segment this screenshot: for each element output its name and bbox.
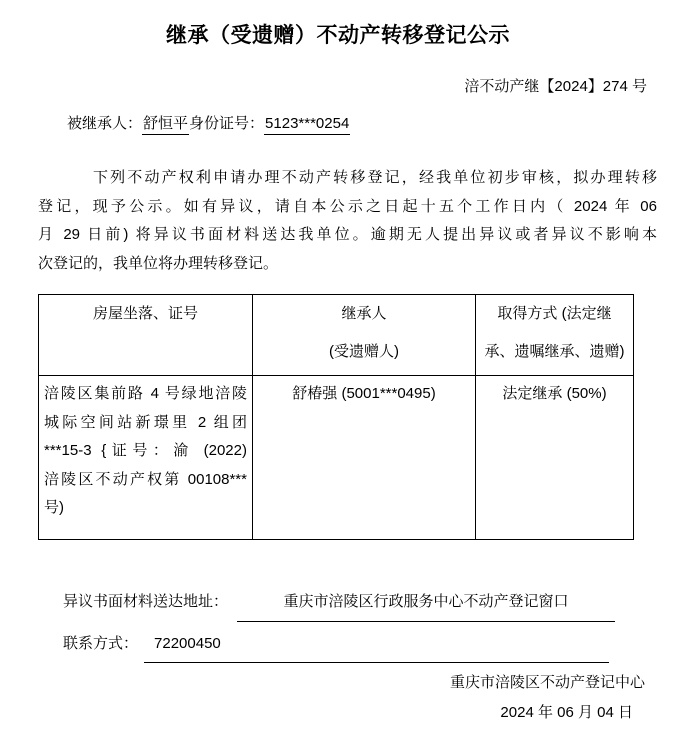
table-row: 涪陵区集前路 4 号绿地涪陵 城际空间站新璟里 2 组团 ***15-3 {证号… <box>39 376 634 540</box>
doc-number: 涪不动产继【2024】274 号 <box>464 73 647 101</box>
notice-paragraph: 下列不动产权利申请办理不动产转移登记，经我单位初步审核，拟办理转移 登记，现予公… <box>38 164 657 278</box>
registry-table: 房屋坐落、证号 继承人 (受遗赠人) 取得方式 (法定继 承、遗嘱继承、遗赠) … <box>38 294 634 540</box>
publish-date: 2024 年 06 月 04 日 <box>500 699 633 728</box>
cell-heir: 舒椿强 (5001***0495) <box>253 376 476 540</box>
cell-property: 涪陵区集前路 4 号绿地涪陵 城际空间站新璟里 2 组团 ***15-3 {证号… <box>39 376 253 540</box>
address-label: 异议书面材料送达地址： <box>63 593 228 610</box>
property-line: ***15-3 {证号：渝 (2022) <box>44 437 247 466</box>
decedent-name: 舒恒平 <box>142 115 189 135</box>
decedent-label: 被继承人： <box>67 115 142 132</box>
notice-line: 月 29 日前) 将异议书面材料送达我单位。逾期无人提出异议或者异议不影响本 <box>38 221 657 250</box>
header-heir-line2: (受遗赠人) <box>253 333 475 371</box>
header-method-line1: 取得方式 (法定继 <box>476 295 633 333</box>
id-number: 5123***0254 <box>264 115 350 135</box>
property-line: 城际空间站新璟里 2 组团 <box>44 409 247 438</box>
header-property: 房屋坐落、证号 <box>39 295 253 376</box>
property-line: 号) <box>44 494 247 523</box>
table-header-row: 房屋坐落、证号 继承人 (受遗赠人) 取得方式 (法定继 承、遗嘱继承、遗赠) <box>39 295 634 376</box>
notice-line: 登记，现予公示。如有异议，请自本公示之日起十五个工作日内（ 2024 年 06 <box>38 193 657 222</box>
decedent-line: 被继承人：舒恒平身份证号：5123***0254 <box>67 110 350 138</box>
property-line: 涪陵区集前路 4 号绿地涪陵 <box>44 380 247 409</box>
id-label: 身份证号： <box>189 115 264 132</box>
header-heir: 继承人 (受遗赠人) <box>253 295 476 376</box>
page-title: 继承（受遗赠）不动产转移登记公示 <box>0 21 676 51</box>
contact-value: 72200450 <box>144 630 609 663</box>
cell-method: 法定继承 (50%) <box>476 376 634 540</box>
header-heir-line1: 继承人 <box>253 295 475 333</box>
contact-line: 联系方式：72200450 <box>63 630 609 663</box>
org-name: 重庆市涪陵区不动产登记中心 <box>450 669 645 698</box>
address-value: 重庆市涪陵区行政服务中心不动产登记窗口 <box>237 588 615 622</box>
notice-line: 下列不动产权利申请办理不动产转移登记，经我单位初步审核，拟办理转移 <box>38 164 657 193</box>
header-property-label: 房屋坐落、证号 <box>39 295 252 333</box>
header-method: 取得方式 (法定继 承、遗嘱继承、遗赠) <box>476 295 634 376</box>
property-line: 涪陵区不动产权第 00108*** <box>44 466 247 495</box>
contact-label: 联系方式： <box>63 635 138 652</box>
notice-line: 次登记的，我单位将办理转移登记。 <box>38 250 657 279</box>
header-method-line2: 承、遗嘱继承、遗赠) <box>476 333 633 371</box>
address-line: 异议书面材料送达地址：重庆市涪陵区行政服务中心不动产登记窗口 <box>63 588 615 622</box>
